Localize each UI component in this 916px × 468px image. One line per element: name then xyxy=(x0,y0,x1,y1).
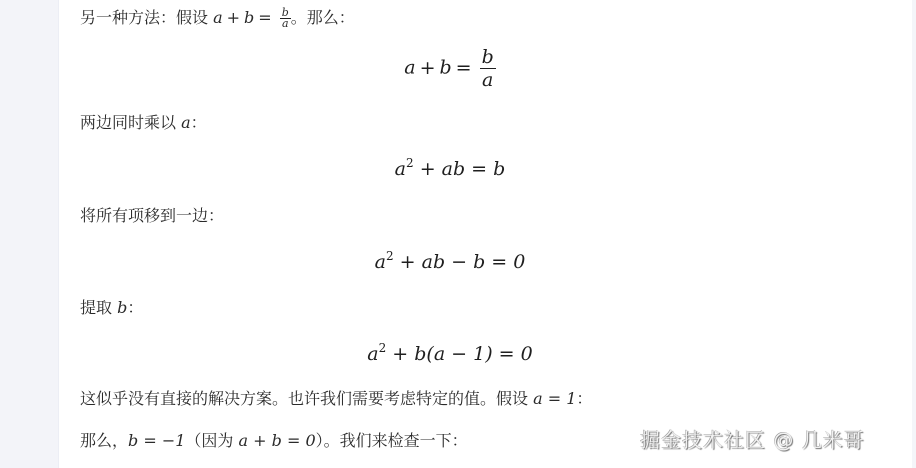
paragraph-specific-values: 这似乎没有直接的解决方案。也许我们需要考虑特定的值。假设 a = 1： xyxy=(80,388,592,410)
paragraph-text: 两边同时乘以 xyxy=(80,113,181,132)
paragraph-suffix: ： xyxy=(127,298,143,317)
inline-fraction: ba xyxy=(280,8,291,29)
paragraph-suffix: 。那么： xyxy=(291,8,355,27)
inline-math: a + b = 0 xyxy=(239,431,316,450)
exponent: 2 xyxy=(386,249,394,263)
fraction-denominator: a xyxy=(480,69,496,91)
var-a: a xyxy=(404,57,415,79)
right-scroll-edge xyxy=(912,0,916,468)
paragraph-check: 那么，b = −1（因为 a + b = 0）。我们来检查一下： xyxy=(80,430,468,452)
paragraph-text: 另一种方法：假设 xyxy=(80,8,213,27)
paragraph-text: 那么， xyxy=(80,431,128,450)
var-a: a xyxy=(181,113,191,132)
display-equation-1: a+b=ba xyxy=(0,46,900,91)
display-equation-2: a2 + ab = b xyxy=(0,156,900,180)
inline-math: a+b=ba xyxy=(213,8,291,27)
operator-plus: + xyxy=(223,8,244,27)
paragraph-suffix: ： xyxy=(191,113,207,132)
fraction-denominator: a xyxy=(280,19,291,29)
paragraph-move-terms: 将所有项移到一边： xyxy=(80,205,224,227)
paragraph-text: 将所有项移到一边： xyxy=(80,206,224,225)
equation-rest: + b(a − 1) = 0 xyxy=(392,343,532,365)
inline-math: a = 1 xyxy=(533,389,576,408)
inline-math: b = −1 xyxy=(128,431,185,450)
var-b: b xyxy=(244,8,254,27)
fraction-numerator: b xyxy=(480,46,496,69)
var-a: a xyxy=(395,158,406,180)
paragraph-suffix: 。我们来检查一下： xyxy=(324,431,468,450)
paragraph-suffix: ： xyxy=(576,389,592,408)
var-a: a xyxy=(367,343,378,365)
exponent: 2 xyxy=(406,156,414,170)
paren-close: ） xyxy=(316,431,324,450)
operator-equals: = xyxy=(254,8,275,27)
display-equation-4: a2 + b(a − 1) = 0 xyxy=(0,341,900,365)
operator-plus: + xyxy=(416,57,440,79)
paragraph-alternative-method: 另一种方法：假设 a+b=ba。那么： xyxy=(80,7,355,29)
watermark: 掘金技术社区 @ 几米哥 xyxy=(640,424,865,453)
exponent: 2 xyxy=(379,341,387,355)
var-a: a xyxy=(213,8,223,27)
display-equation-3: a2 + ab − b = 0 xyxy=(0,249,900,273)
operator-equals: = xyxy=(452,57,476,79)
display-fraction: ba xyxy=(480,46,496,91)
paren-open: （因为 xyxy=(185,431,238,450)
var-a: a xyxy=(375,251,386,273)
paragraph-text: 提取 xyxy=(80,298,117,317)
paragraph-multiply-both-sides: 两边同时乘以 a： xyxy=(80,112,207,134)
var-b: b xyxy=(439,57,451,79)
chat-message-content: 另一种方法：假设 a+b=ba。那么： a+b=ba 两边同时乘以 a： a2 … xyxy=(80,0,900,468)
var-b: b xyxy=(117,298,127,317)
paragraph-text: 这似乎没有直接的解决方案。也许我们需要考虑特定的值。假设 xyxy=(80,389,533,408)
paragraph-factor-b: 提取 b： xyxy=(80,297,143,319)
equation-rest: + ab − b = 0 xyxy=(400,251,526,273)
equation-rest: + ab = b xyxy=(420,158,506,180)
